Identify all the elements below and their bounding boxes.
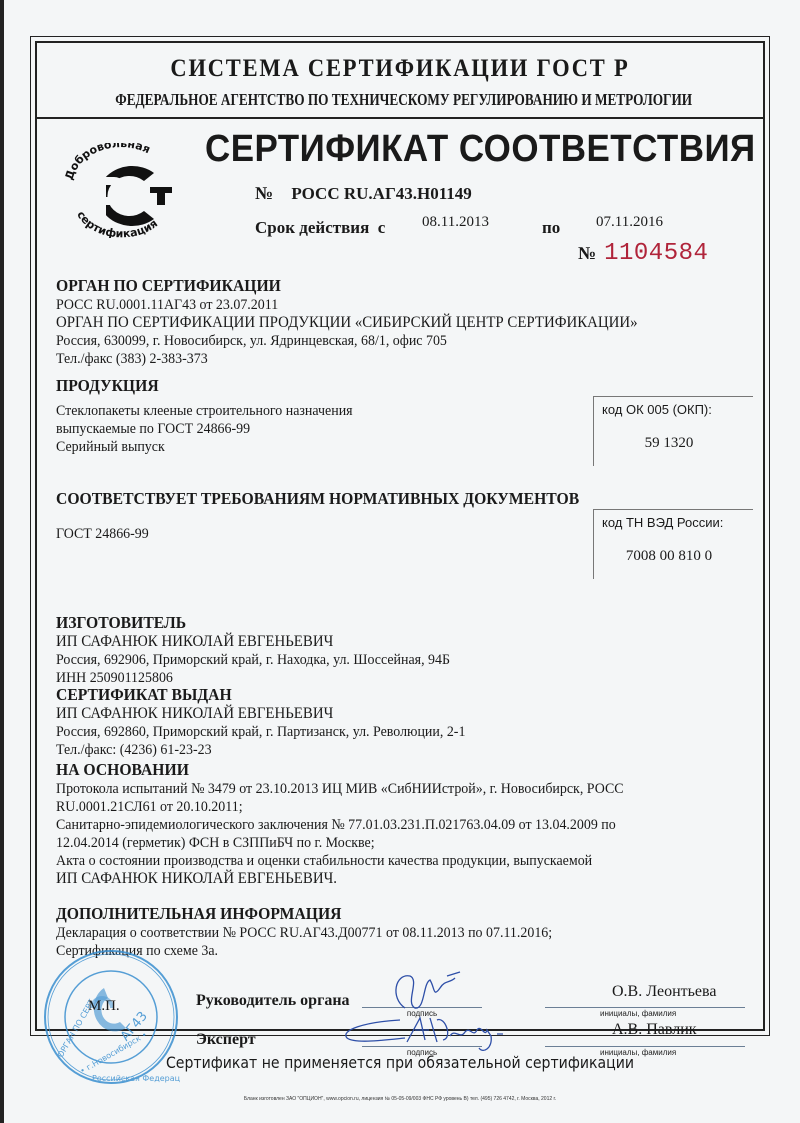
signatory-name: А.В. Павлик: [612, 1021, 697, 1039]
section-line: Протокола испытаний № 3479 от 23.10.2013…: [56, 780, 698, 798]
name-line: [545, 1046, 745, 1047]
section-heading: ПРОДУКЦИЯ: [56, 376, 712, 396]
section-line: ИП САФАНЮК НИКОЛАЙ ЕВГЕНЬЕВИЧ: [56, 633, 698, 651]
number-sign: №: [255, 183, 273, 203]
section-line: Россия, 630099, г. Новосибирск, ул. Ядри…: [56, 332, 698, 350]
section-heading: ОРГАН ПО СЕРТИФИКАЦИИ: [56, 276, 712, 296]
scan-edge: [0, 0, 4, 1123]
validity-label: Срок действия с: [255, 218, 385, 238]
section-line: РОСС RU.0001.11АГ43 от 23.07.2011: [56, 296, 698, 314]
certificate-title: СЕРТИФИКАТ СООТВЕТСТВИЯ: [205, 128, 683, 171]
section-line: ОРГАН ПО СЕРТИФИКАЦИИ ПРОДУКЦИИ «СИБИРСК…: [56, 314, 698, 332]
tnved-code-box: код ТН ВЭД России: 7008 00 810 0: [593, 509, 753, 579]
tnved-code-label: код ТН ВЭД России:: [602, 515, 723, 530]
section-line: Акта о состоянии производства и оценки с…: [56, 852, 698, 870]
signatory-role: Эксперт: [196, 1031, 256, 1049]
agency-name: ФЕДЕРАЛЬНОЕ АГЕНТСТВО ПО ТЕХНИЧЕСКОМУ РЕ…: [115, 90, 684, 110]
okp-code-box: код ОК 005 (ОКП): 59 1320: [593, 396, 753, 466]
manufacturer-section: ИЗГОТОВИТЕЛЬ ИП САФАНЮК НИКОЛАЙ ЕВГЕНЬЕВ…: [56, 613, 746, 687]
certification-body-section: ОРГАН ПО СЕРТИФИКАЦИИ РОСС RU.0001.11АГ4…: [56, 276, 746, 368]
name-line: [545, 1007, 745, 1008]
stamp-place-label: М.П.: [88, 998, 120, 1015]
section-line: Россия, 692860, Приморский край, г. Парт…: [56, 723, 698, 741]
registration-number: № РОСС RU.АГ43.Н01149: [255, 183, 472, 204]
section-line: Россия, 692906, Приморский край, г. Нахо…: [56, 651, 698, 669]
section-line: RU.0001.21СЛ61 от 20.10.2011;: [56, 798, 698, 816]
section-line: ИП САФАНЮК НИКОЛАЙ ЕВГЕНЬЕВИЧ: [56, 705, 698, 723]
section-heading: СООТВЕТСТВУЕТ ТРЕБОВАНИЯМ НОРМАТИВНЫХ ДО…: [56, 489, 712, 509]
registration-number-value: РОСС RU.АГ43.Н01149: [291, 184, 471, 203]
serial-number: № 1104584: [578, 240, 708, 267]
section-line: Тел./факс: (4236) 61-23-23: [56, 741, 698, 759]
printer-info: Бланк изготовлен ЗАО "ОПЦИОН", www.opcio…: [0, 1096, 800, 1102]
rst-logo-icon: Добровольная сертификация: [58, 143, 182, 238]
section-heading: НА ОСНОВАНИИ: [56, 760, 712, 780]
header-band: СИСТЕМА СЕРТИФИКАЦИИ ГОСТ Р ФЕДЕРАЛЬНОЕ …: [35, 41, 765, 119]
number-sign: №: [578, 243, 596, 263]
basis-section: НА ОСНОВАНИИ Протокола испытаний № 3479 …: [56, 760, 746, 888]
section-line: Тел./факс (383) 2-383-373: [56, 350, 698, 368]
signatory-name: О.В. Леонтьева: [612, 983, 716, 1001]
section-line: ИП САФАНЮК НИКОЛАЙ ЕВГЕНЬЕВИЧ.: [56, 870, 698, 888]
section-line: 12.04.2014 (герметик) ФСН в СЗППиБЧ по г…: [56, 834, 698, 852]
issued-to-section: СЕРТИФИКАТ ВЫДАН ИП САФАНЮК НИКОЛАЙ ЕВГЕ…: [56, 685, 746, 759]
svg-text:Российская Федерация: Российская Федерация: [92, 1074, 180, 1083]
section-heading: СЕРТИФИКАТ ВЫДАН: [56, 685, 712, 705]
validity-text: Срок действия: [255, 218, 369, 237]
to-label: по: [542, 218, 560, 238]
section-heading: ДОПОЛНИТЕЛЬНАЯ ИНФОРМАЦИЯ: [56, 904, 712, 924]
serial-number-value: 1104584: [604, 240, 708, 267]
okp-code-value: 59 1320: [594, 435, 744, 452]
system-title: СИСТЕМА СЕРТИФИКАЦИИ ГОСТ Р: [72, 55, 729, 83]
footer-note: Сертификат не применяется при обязательн…: [79, 1053, 721, 1072]
tnved-code-value: 7008 00 810 0: [594, 548, 744, 565]
valid-to-date: 07.11.2016: [596, 214, 663, 231]
section-line: Санитарно-эпидемиологического заключения…: [56, 816, 698, 834]
section-heading: ИЗГОТОВИТЕЛЬ: [56, 613, 712, 633]
name-caption: инициалы, фамилия: [600, 1009, 676, 1018]
from-label: с: [378, 218, 386, 237]
section-line: Декларация о соответствии № РОСС RU.АГ43…: [56, 924, 698, 942]
okp-code-label: код ОК 005 (ОКП):: [602, 402, 712, 417]
valid-from-date: 08.11.2013: [422, 214, 489, 231]
